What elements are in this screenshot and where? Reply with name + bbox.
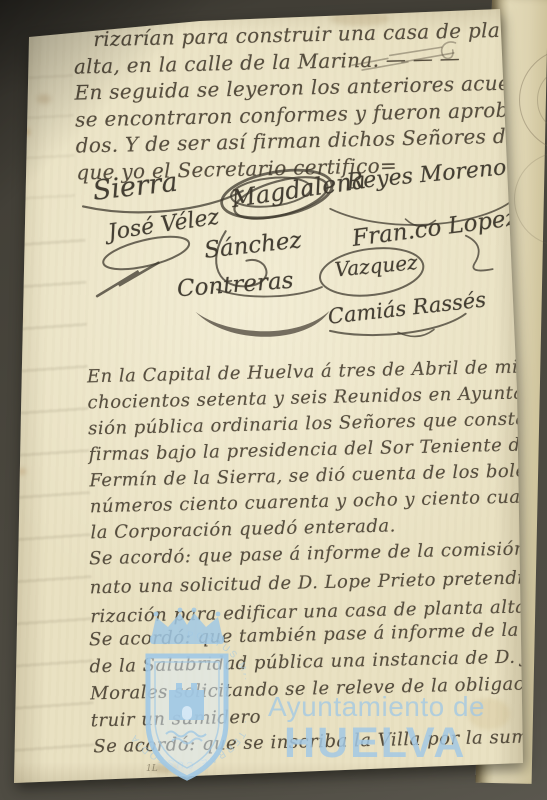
archive-photo-background: 1L rizarían para construir una casa de p…	[0, 0, 547, 800]
pencil-scribble-marks	[349, 36, 468, 79]
handwritten-content: rizarían para construir una casa de plan…	[0, 0, 547, 800]
age-stain	[20, 128, 30, 136]
ink-bleedthrough-top-left	[3, 61, 76, 212]
age-stain	[468, 698, 510, 730]
contreras-rubric-swoosh	[196, 309, 331, 339]
handwritten-line: la Corporación quedó enterada.	[90, 507, 547, 546]
previous-acta-closing-lines: rizarían para construir una casa de plan…	[73, 16, 547, 186]
signature-francisco-lopez: Fran.co Lopez	[351, 205, 519, 252]
signature-sanchez: Sánchez	[203, 227, 303, 264]
signature-sierra: Sierra	[91, 167, 179, 207]
handwritten-line: Se acordó: que pase á informe de la comi…	[89, 532, 547, 573]
handwritten-line: se encontraron conformes y fueron aproba…	[75, 95, 547, 132]
acta-acuerdo-ornato: Se acordó: que pase á informe de la comi…	[89, 532, 547, 631]
signature-contreras: Contreras	[176, 268, 294, 303]
signature-vazquez: Vazquez	[334, 250, 419, 282]
handwritten-line: En seguida se leyeron los anteriores acu…	[74, 69, 547, 106]
handwritten-line: Morales solicitando se le releve de la o…	[90, 668, 547, 707]
acta-acuerdo-final: Se acordó: que se inscriba la Villa por …	[93, 722, 547, 761]
handwritten-line: de la Salubridad pública una instancia d…	[89, 641, 547, 680]
age-stain	[10, 315, 22, 325]
handwritten-line: truir un sumidero	[90, 695, 547, 734]
age-stain	[150, 764, 180, 773]
age-stain	[18, 468, 26, 475]
signature-jose-velez: José Vélez	[106, 205, 220, 246]
pencil-margin-mark: 1L	[146, 764, 158, 774]
age-stain	[37, 94, 51, 104]
signature-camias-rasses: Camiás Rassés	[327, 287, 487, 328]
handwritten-line: nato una solicitud de D. Lope Prieto pre…	[89, 561, 547, 602]
signature-magdalena: Magdalena	[229, 166, 367, 213]
handwritten-line: firmas bajo la presidencia del Sor Tenie…	[88, 429, 547, 468]
handwritten-line: dos. Y de ser así firman dichos Señores …	[75, 122, 547, 159]
handwritten-line: Se acordó: que también pase á informe de…	[89, 614, 547, 653]
handwritten-line: rizarían para construir una casa de plan…	[73, 16, 547, 53]
handwritten-line: alta, en la calle de la Marina. — — —	[74, 42, 547, 79]
handwritten-line: Fermín de la Sierra, se dió cuenta de lo…	[89, 455, 547, 494]
ink-bleedthrough-left-margin	[0, 227, 95, 780]
handwritten-line: rización para edificar una casa de plant…	[90, 590, 547, 631]
handwritten-line: que yo el Secretario certifico=	[76, 148, 547, 185]
handwritten-line: sión pública ordinaria los Señores que c…	[88, 403, 547, 442]
handwritten-line: Se acordó: que se inscriba la Villa por …	[93, 722, 547, 761]
signature-rubric-flourishes	[64, 152, 538, 353]
acta-acuerdo-salubridad: Se acordó: que también pase á informe de…	[89, 614, 547, 734]
age-stain	[330, 12, 390, 26]
manuscript-page-wrap: 1L rizarían para construir una casa de p…	[0, 0, 547, 800]
handwritten-line: números ciento cuarenta y ocho y ciento …	[90, 481, 547, 520]
signature-reyes-moreno: Reyes Moreno	[346, 155, 508, 195]
acta-paragraph-apertura: En la Capital de Huelva á tres de Abril …	[87, 351, 547, 546]
handwritten-line: En la Capital de Huelva á tres de Abril …	[87, 351, 547, 390]
manuscript-page: 1L rizarían para construir una casa de p…	[0, 0, 547, 800]
handwritten-line: chocientos setenta y seis Reunidos en Ay…	[87, 377, 547, 416]
